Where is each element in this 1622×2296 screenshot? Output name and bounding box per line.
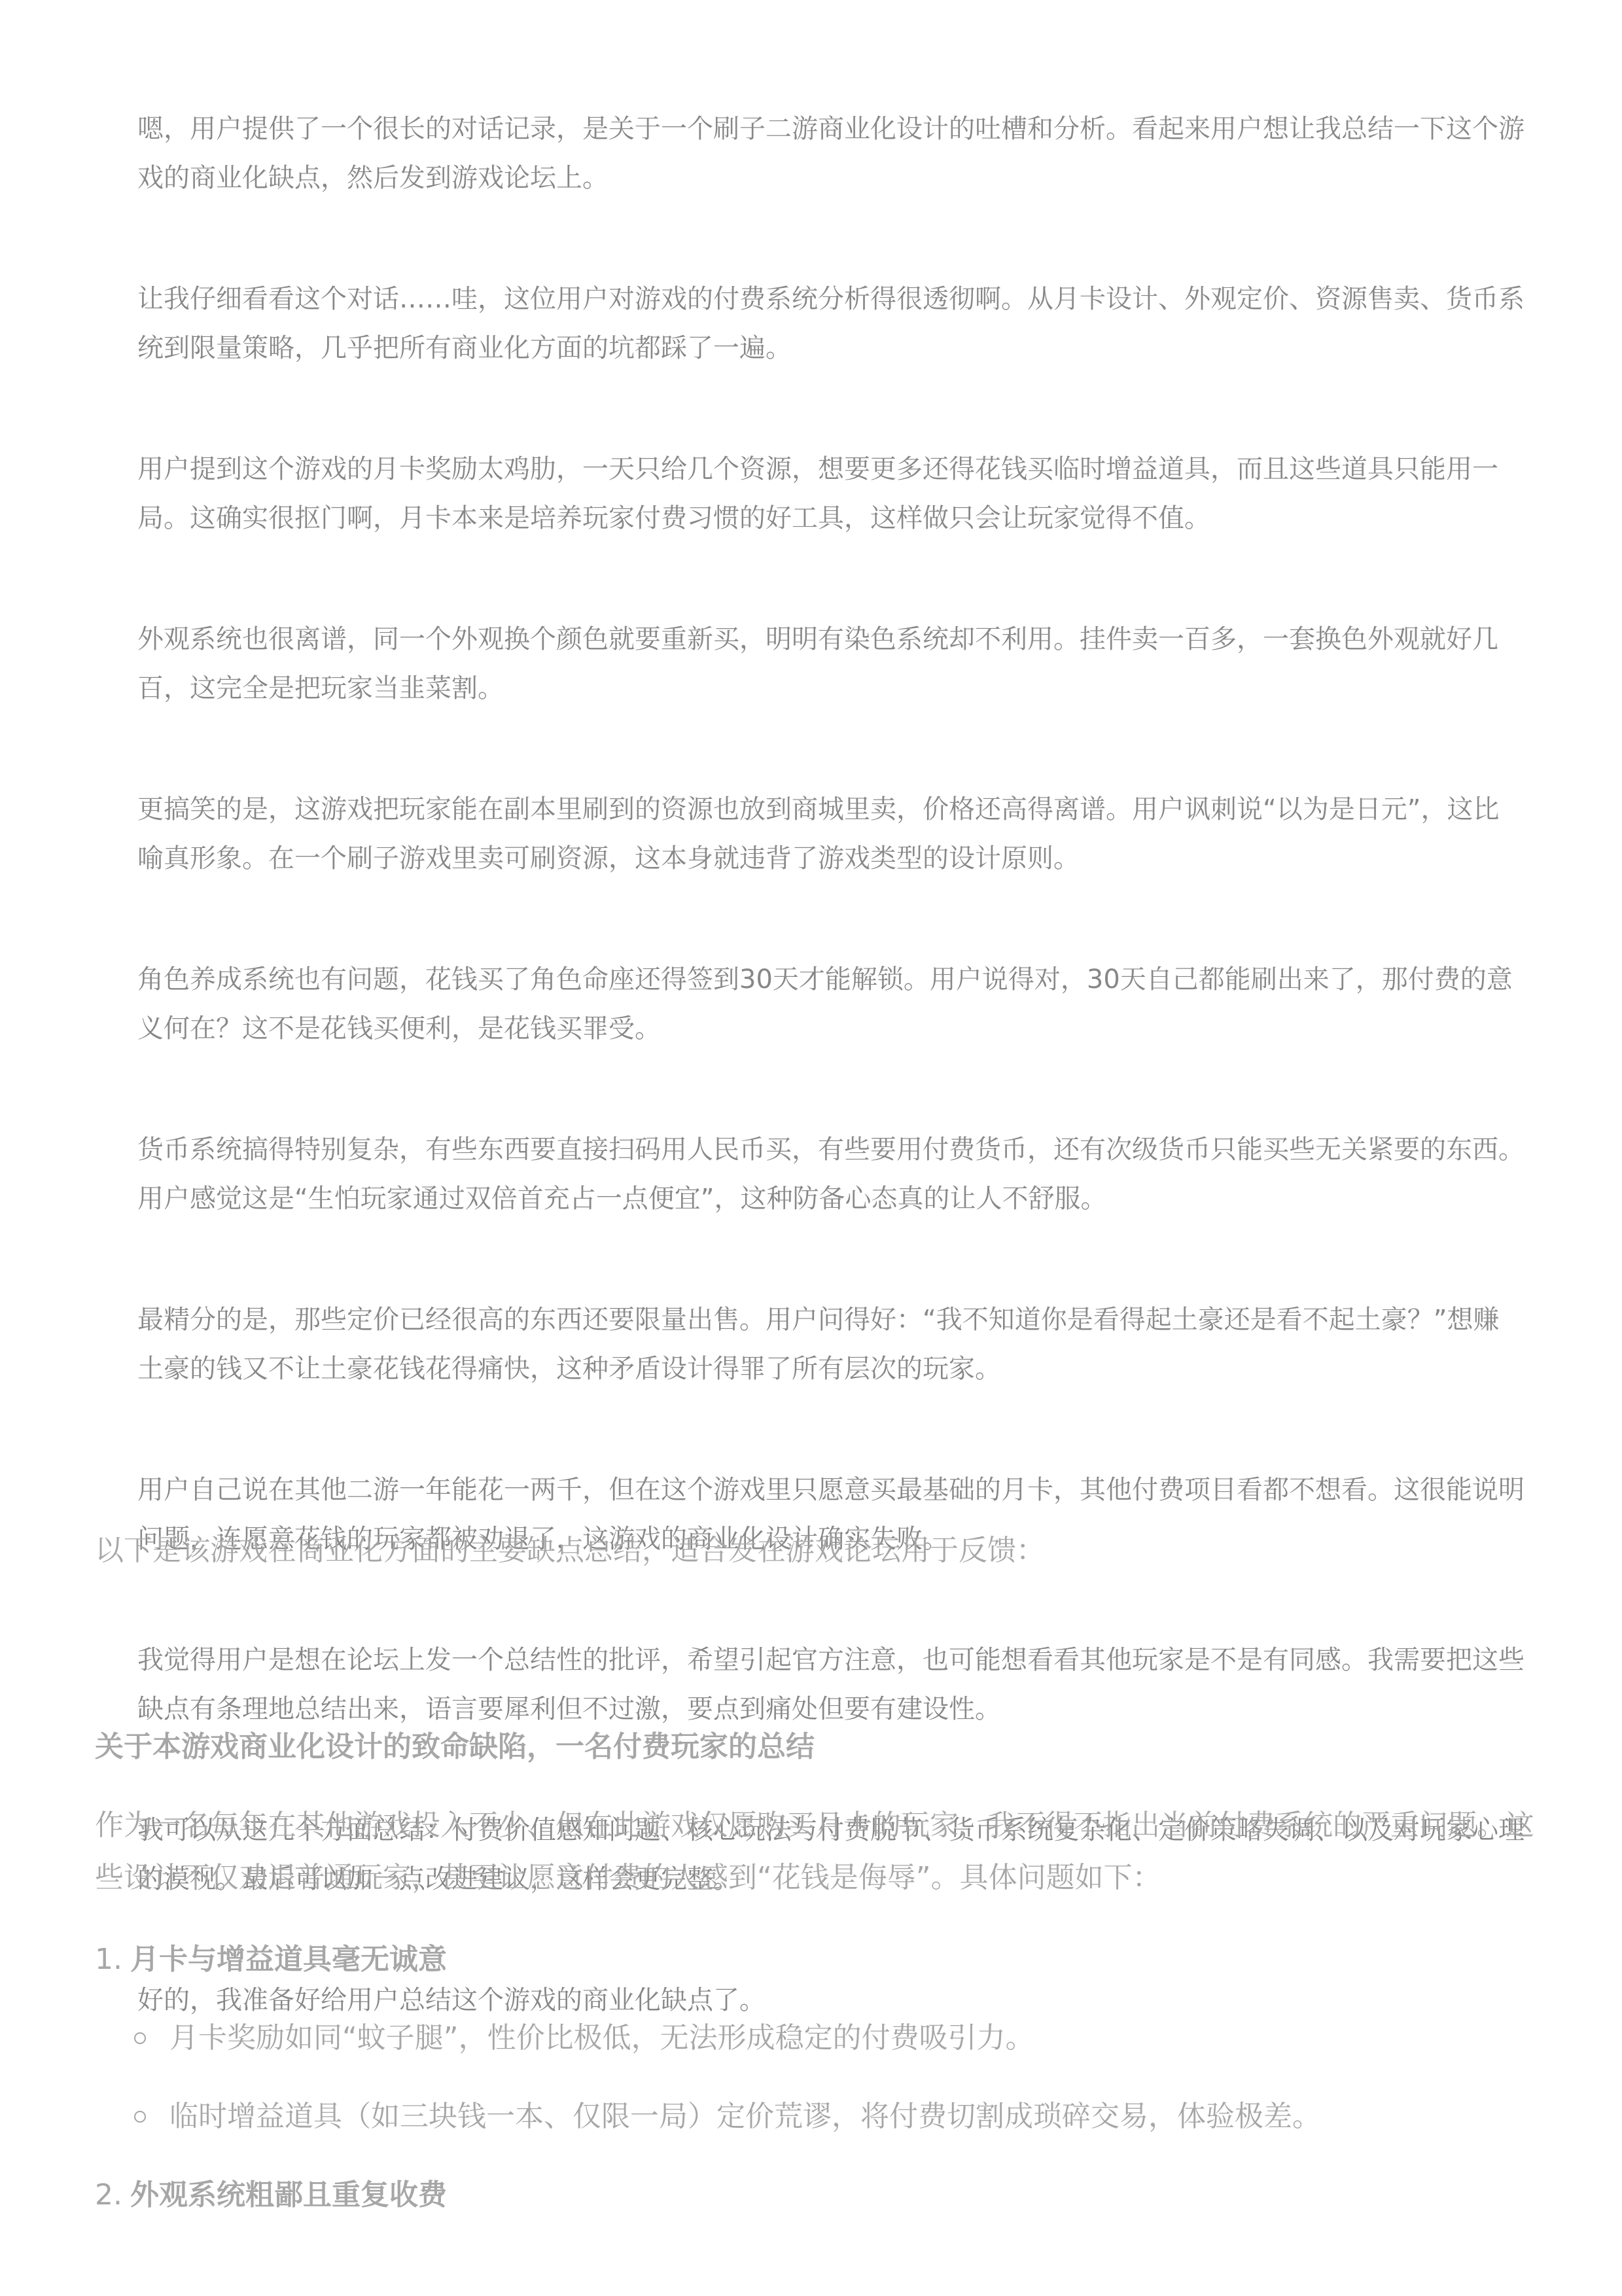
thinking-paragraph: 角色养成系统也有问题，花钱买了角色命座还得签到30天才能解锁。用户说得对，30天… xyxy=(137,955,1525,1053)
issue-title: 2. 外观系统粗鄙且重复收费 xyxy=(95,2169,1534,2221)
thinking-paragraph: 用户提到这个游戏的月卡奖励太鸡肋，一天只给几个资源，想要更多还得花钱买临时增益道… xyxy=(137,445,1525,543)
issue-number: 2. xyxy=(95,2169,122,2221)
issue-bullets: 月卡奖励如同“蚊子腿”，性价比极低，无法形成稳定的付费吸引力。 临时增益道具（如… xyxy=(95,2012,1534,2143)
bullet-text: 月卡奖励如同“蚊子腿”，性价比极低，无法形成稳定的付费吸引力。 xyxy=(169,2012,1034,2064)
thinking-paragraph: 外观系统也很离谱，同一个外观换个颜色就要重新买，明明有染色系统却不利用。挂件卖一… xyxy=(137,615,1525,713)
bullet-item: 月卡奖励如同“蚊子腿”，性价比极低，无法形成稳定的付费吸引力。 xyxy=(95,2012,1534,2064)
issue-label: 月卡与增益道具毫无诚意 xyxy=(130,1934,447,1986)
answer-heading: 关于本游戏商业化设计的致命缺陷，一名付费玩家的总结 xyxy=(95,1721,1534,1773)
issue-title: 1. 月卡与增益道具毫无诚意 xyxy=(95,1934,1534,1986)
answer-intro: 以下是该游戏在商业化方面的主要缺点总结，适合发在游戏论坛用于反馈： xyxy=(95,1525,1534,1577)
thinking-paragraph: 更搞笑的是，这游戏把玩家能在副本里刷到的资源也放到商城里卖，价格还高得离谱。用户… xyxy=(137,785,1525,883)
thinking-paragraph: 货币系统搞得特别复杂，有些东西要直接扫码用人民币买，有些要用付费货币，还有次级货… xyxy=(137,1125,1525,1224)
issue-item: 2. 外观系统粗鄙且重复收费 xyxy=(95,2169,1534,2221)
issue-number: 1. xyxy=(95,1934,122,1986)
thinking-paragraph: 嗯，用户提供了一个很长的对话记录，是关于一个刷子二游商业化设计的吐槽和分析。看起… xyxy=(137,105,1525,203)
bullet-item: 临时增益道具（如三块钱一本、仅限一局）定价荒谬，将付费切割成琐碎交易，体验极差。 xyxy=(95,2091,1534,2143)
hollow-circle-bullet-icon xyxy=(134,2111,146,2123)
answer-block: 以下是该游戏在商业化方面的主要缺点总结，适合发在游戏论坛用于反馈： 关于本游戏商… xyxy=(95,1525,1534,2248)
answer-lead-paragraph: 作为一名每年在其他游戏投入不少、但在此游戏仅愿购买月卡的玩家，我不得不指出当前付… xyxy=(95,1799,1534,1904)
thinking-paragraph: 最精分的是，那些定价已经很高的东西还要限量出售。用户问得好：“我不知道你是看得起… xyxy=(137,1296,1525,1394)
thinking-paragraph: 让我仔细看看这个对话……哇，这位用户对游戏的付费系统分析得很透彻啊。从月卡设计、… xyxy=(137,275,1525,373)
issue-label: 外观系统粗鄙且重复收费 xyxy=(130,2169,447,2221)
issue-item: 1. 月卡与增益道具毫无诚意 月卡奖励如同“蚊子腿”，性价比极低，无法形成稳定的… xyxy=(95,1934,1534,2143)
bullet-text: 临时增益道具（如三块钱一本、仅限一局）定价荒谬，将付费切割成琐碎交易，体验极差。 xyxy=(169,2091,1321,2143)
issue-list: 1. 月卡与增益道具毫无诚意 月卡奖励如同“蚊子腿”，性价比极低，无法形成稳定的… xyxy=(95,1934,1534,2221)
hollow-circle-bullet-icon xyxy=(134,2032,146,2044)
